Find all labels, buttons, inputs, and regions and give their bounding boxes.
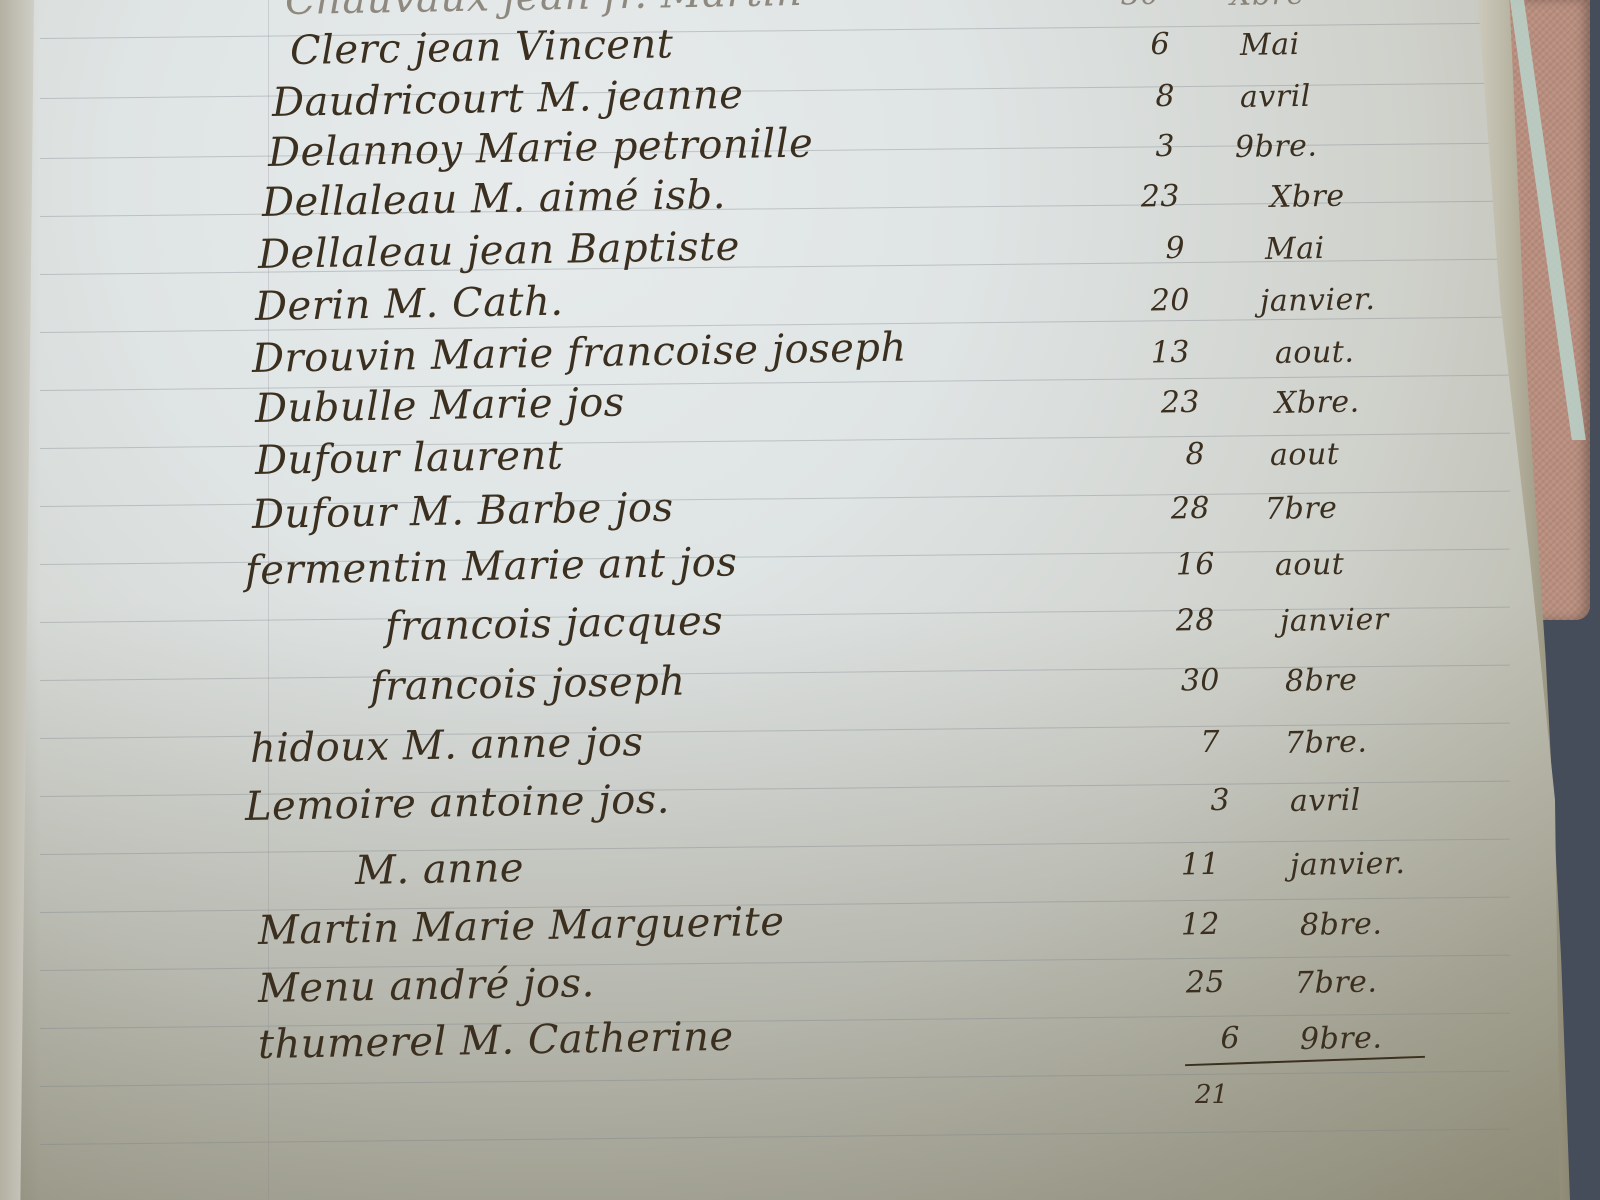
entry-name: Daudricourt M. jeanne [272,72,744,126]
register-entry: Menu andré jos. 25 7bre. [0,966,1560,1022]
entry-month: Xbre [1230,0,1305,13]
entry-month: 7bre. [1295,965,1378,1001]
register-entry: Lemoire antoine jos. 3 avril [0,784,1560,840]
entry-name: Dufour laurent [255,433,564,484]
entry-name: Dubulle Marie jos [255,380,626,432]
entry-name: fermentin Marie ant jos [245,539,738,594]
entry-day: 20 [1120,283,1191,319]
entry-month: 9bre. [1300,1021,1383,1057]
entry-day: 8 [1135,437,1206,473]
entry-month: Xbre. [1275,385,1360,421]
entry-name: Derin M. Cath. [255,279,564,330]
entry-day: 11 [1150,847,1221,883]
register-entry: Dubulle Marie jos 23 Xbre. [0,386,1560,442]
entry-month: 9bre. [1235,129,1318,165]
entry-day: 3 [1160,783,1231,819]
entry-name: thumerel M. Catherine [258,1014,734,1068]
entry-day: 23 [1110,179,1181,215]
entry-month: janvier. [1260,282,1376,319]
entry-total: 21 [1195,1080,1228,1110]
entry-name: M. anne [355,845,525,894]
register-entry: Drouvin Marie francoise joseph 13 aout. [0,336,1560,392]
register-entry: Delannoy Marie petronille 3 9bre. [0,130,1560,186]
entry-day: 25 [1155,965,1226,1001]
entry-day: 6 [1100,27,1171,63]
entry-month: Mai [1265,231,1325,267]
entry-name: Dellaleau jean Baptiste [258,224,741,278]
entry-day: 30 [1090,0,1161,13]
entry-name: Dellaleau M. aimé isb. [262,172,727,226]
register-entry: francois joseph 30 8bre [0,664,1560,720]
register-entry: Martin Marie Marguerite 12 8bre. [0,908,1560,964]
register-entry: Dufour M. Barbe jos 28 7bre [0,492,1560,548]
entry-month: janvier. [1290,846,1406,883]
entry-month: Xbre [1270,179,1345,215]
entry-day: 8 [1105,79,1176,115]
register-entry: Dellaleau M. aimé isb. 23 Xbre [0,180,1560,236]
photo-scene: Chauvaux jean fr. Martin 30 Xbre Clerc j… [0,0,1600,1200]
register-entry: francois jacques 28 janvier [0,604,1560,660]
entry-name: francois jacques [385,598,724,650]
entry-name: francois joseph [370,658,686,710]
entry-name: Dufour M. Barbe jos [252,485,674,538]
entry-day: 13 [1120,335,1191,371]
register-entries: Chauvaux jean fr. Martin 30 Xbre Clerc j… [0,0,1600,1200]
register-entry: Clerc jean Vincent 6 Mai [0,28,1560,84]
entry-day: 28 [1145,603,1216,639]
entry-name: Clerc jean Vincent [290,21,674,74]
entry-month: aout. [1275,335,1355,371]
entry-month: 8bre [1285,663,1358,699]
entry-day: 30 [1150,663,1221,699]
register-entry: thumerel M. Catherine 6 9bre. [0,1022,1560,1078]
entry-day: 12 [1150,907,1221,943]
entry-day: 9 [1115,231,1186,267]
entry-month: janvier [1280,602,1389,639]
entry-day: 6 [1170,1021,1241,1057]
entry-month: avril [1240,79,1311,115]
entry-month: avril [1290,783,1361,819]
entry-month: 7bre. [1285,725,1368,761]
entry-name: Menu andré jos. [258,960,596,1012]
entry-month: aout [1275,547,1345,583]
entry-name: Martin Marie Marguerite [258,899,785,954]
entry-month: Mai [1240,27,1300,63]
entry-day: 3 [1105,129,1176,165]
entry-name: Chauvaux jean fr. Martin [285,0,803,24]
register-entry: M. anne 11 janvier. [0,848,1560,904]
entry-name: Delannoy Marie petronille [268,120,814,176]
entry-name: hidoux M. anne jos [250,719,644,772]
entry-month: 8bre. [1300,907,1383,943]
register-entry: fermentin Marie ant jos 16 aout [0,548,1560,604]
entry-day: 16 [1145,547,1216,583]
entry-day: 7 [1150,725,1221,761]
register-entry: Dufour laurent 8 aout [0,438,1560,494]
entry-day: 23 [1130,385,1201,421]
entry-name: Lemoire antoine jos. [245,777,671,830]
entry-month: aout [1270,437,1340,473]
register-entry: hidoux M. anne jos 7 7bre. [0,726,1560,782]
register-entry: Dellaleau jean Baptiste 9 Mai [0,232,1560,288]
entry-month: 7bre [1265,491,1338,527]
entry-day: 28 [1140,491,1211,527]
